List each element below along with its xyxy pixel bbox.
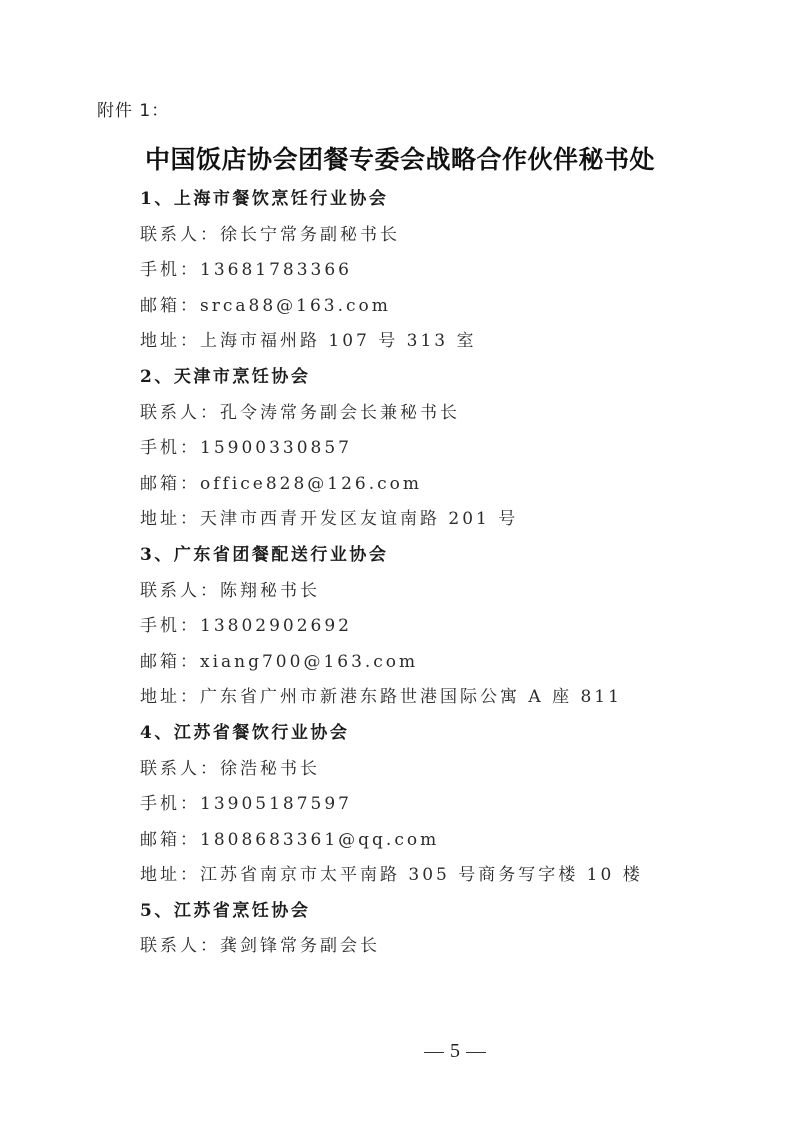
- phone-label: 手机：: [140, 794, 200, 814]
- address-value: 江苏省南京市太平南路 305 号商务写字楼 10 楼: [200, 865, 643, 885]
- org-heading: 4、江苏省餐饮行业协会: [140, 716, 643, 752]
- org-phone: 手机：13802902692: [140, 609, 643, 645]
- org-email: 邮箱：1808683361@qq.com: [140, 823, 643, 859]
- org-email: 邮箱：office828@126.com: [140, 467, 643, 503]
- address-label: 地址：: [140, 865, 200, 885]
- phone-label: 手机：: [140, 616, 200, 636]
- org-phone: 手机：13681783366: [140, 253, 643, 289]
- org-address: 地址：江苏省南京市太平南路 305 号商务写字楼 10 楼: [140, 858, 643, 894]
- contact-value: 徐长宁常务副秘书长: [220, 225, 400, 245]
- org-address: 地址：上海市福州路 107 号 313 室: [140, 324, 643, 360]
- page-number-value: 5: [450, 1040, 460, 1062]
- contact-label: 联系人：: [140, 403, 220, 423]
- phone-value: 13905187597: [200, 794, 352, 814]
- org-heading: 3、广东省团餐配送行业协会: [140, 538, 643, 574]
- org-heading: 1、上海市餐饮烹饪行业协会: [140, 182, 643, 218]
- email-label: 邮箱：: [140, 652, 200, 672]
- document-page: 附件 1： 中国饭店协会团餐专委会战略合作伙伴秘书处 1、上海市餐饮烹饪行业协会…: [0, 0, 800, 1131]
- document-title: 中国饭店协会团餐专委会战略合作伙伴秘书处: [0, 140, 800, 176]
- page-number: 5: [0, 1040, 800, 1063]
- org-contact: 联系人：龚剑锋常务副会长: [140, 929, 643, 965]
- contact-label: 联系人：: [140, 581, 220, 601]
- org-phone: 手机：15900330857: [140, 431, 643, 467]
- phone-value: 13681783366: [200, 260, 352, 280]
- phone-value: 13802902692: [200, 616, 352, 636]
- email-value: 1808683361@qq.com: [200, 830, 439, 850]
- org-heading: 5、江苏省烹饪协会: [140, 894, 643, 930]
- contact-label: 联系人：: [140, 936, 220, 956]
- contact-value: 龚剑锋常务副会长: [220, 936, 380, 956]
- org-contact: 联系人：陈翔秘书长: [140, 574, 643, 610]
- organization-list: 1、上海市餐饮烹饪行业协会 联系人：徐长宁常务副秘书长 手机：136817833…: [140, 182, 643, 965]
- address-value: 天津市西青开发区友谊南路 201 号: [200, 509, 518, 529]
- org-address: 地址：广东省广州市新港东路世港国际公寓 A 座 811: [140, 680, 643, 716]
- dash-left: [424, 1052, 444, 1053]
- org-email: 邮箱：xiang700@163.com: [140, 645, 643, 681]
- address-label: 地址：: [140, 687, 200, 707]
- contact-value: 孔令涛常务副会长兼秘书长: [220, 403, 460, 423]
- contact-label: 联系人：: [140, 759, 220, 779]
- contact-label: 联系人：: [140, 225, 220, 245]
- email-value: xiang700@163.com: [200, 652, 418, 672]
- email-value: office828@126.com: [200, 474, 422, 494]
- address-value: 广东省广州市新港东路世港国际公寓 A 座 811: [200, 687, 622, 707]
- phone-label: 手机：: [140, 260, 200, 280]
- address-value: 上海市福州路 107 号 313 室: [200, 331, 477, 351]
- org-contact: 联系人：孔令涛常务副会长兼秘书长: [140, 396, 643, 432]
- email-value: srca88@163.com: [200, 296, 391, 316]
- attachment-label: 附件 1：: [97, 96, 169, 121]
- org-email: 邮箱：srca88@163.com: [140, 289, 643, 325]
- address-label: 地址：: [140, 509, 200, 529]
- org-contact: 联系人：徐长宁常务副秘书长: [140, 218, 643, 254]
- contact-value: 陈翔秘书长: [220, 581, 320, 601]
- dash-right: [466, 1052, 486, 1053]
- address-label: 地址：: [140, 331, 200, 351]
- phone-value: 15900330857: [200, 438, 352, 458]
- contact-value: 徐浩秘书长: [220, 759, 320, 779]
- email-label: 邮箱：: [140, 296, 200, 316]
- org-heading: 2、天津市烹饪协会: [140, 360, 643, 396]
- email-label: 邮箱：: [140, 830, 200, 850]
- org-address: 地址：天津市西青开发区友谊南路 201 号: [140, 502, 643, 538]
- org-contact: 联系人：徐浩秘书长: [140, 752, 643, 788]
- org-phone: 手机：13905187597: [140, 787, 643, 823]
- phone-label: 手机：: [140, 438, 200, 458]
- email-label: 邮箱：: [140, 474, 200, 494]
